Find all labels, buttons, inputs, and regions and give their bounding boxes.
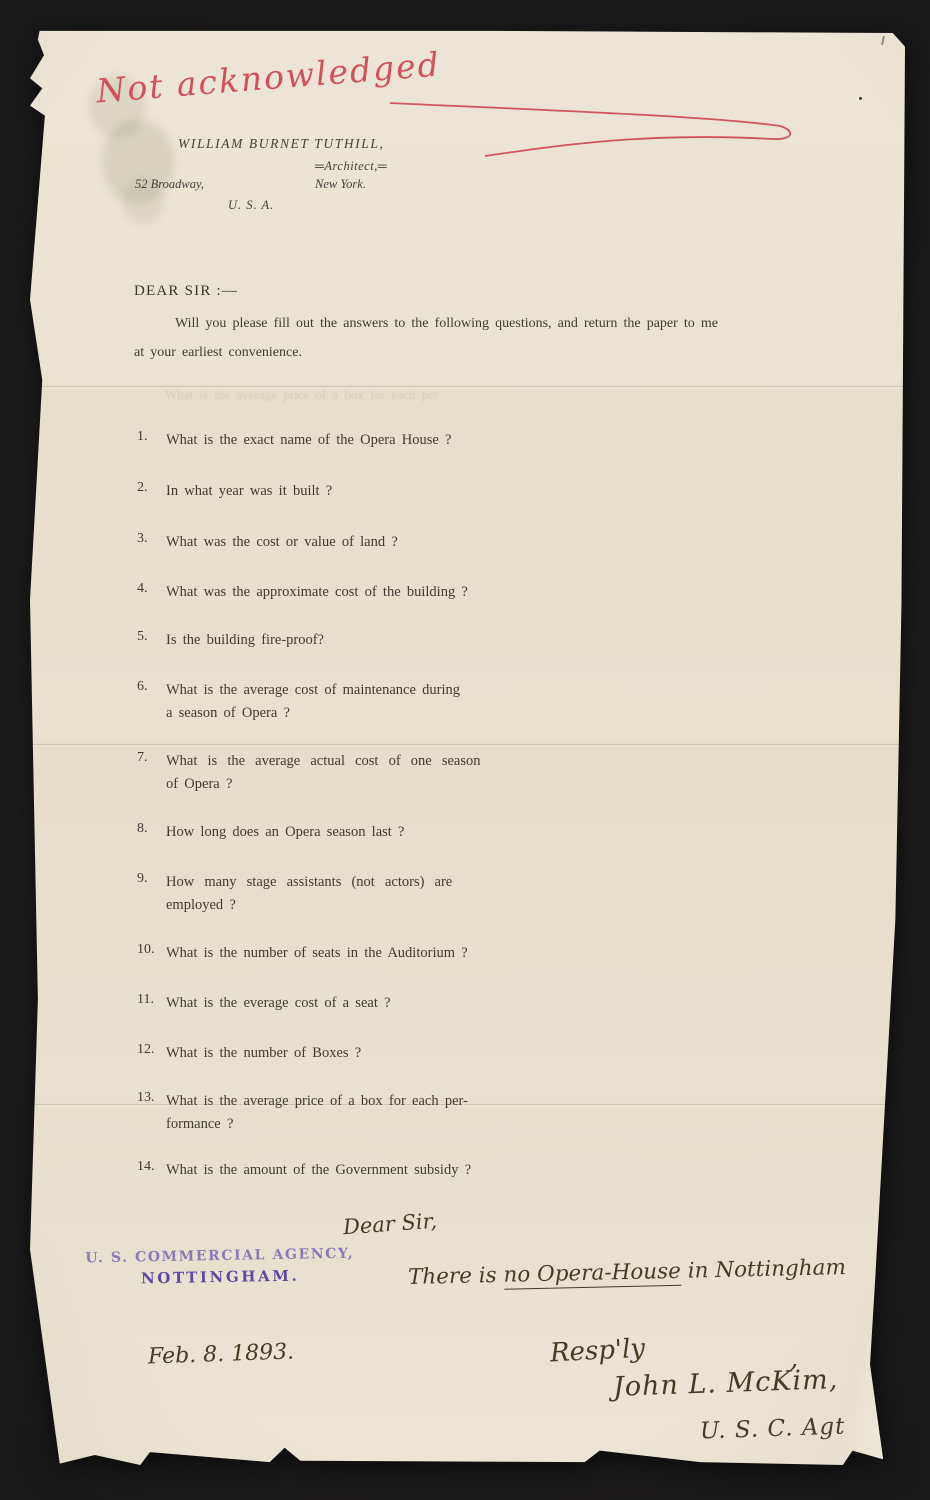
reply-salutation-handwriting: Dear Sir, — [342, 1209, 437, 1239]
letterhead-name: WILLIAM BURNET TUTHILL, — [178, 136, 384, 152]
question-number: 11. — [137, 992, 154, 1008]
office-stamp: U. S. COMMERCIAL AGENCY, NOTTINGHAM. — [85, 1246, 356, 1289]
question-number: 12. — [137, 1042, 155, 1058]
question-number: 1. — [137, 429, 148, 445]
letterhead-street: 52 Broadway, — [135, 177, 204, 192]
reply-text-pre: There is — [408, 1263, 504, 1290]
signature-handwriting: John L. McKim, — [613, 1364, 839, 1403]
question-text: How many stage assistants (not actors) a… — [166, 871, 526, 894]
letterhead-city: New York. — [315, 177, 366, 192]
red-annotation-handwriting: Not acknowledged — [95, 45, 442, 111]
question-number: 10. — [137, 942, 155, 958]
question-text: What is the number of seats in the Audit… — [166, 942, 526, 965]
reply-date-handwriting: Feb. 8. 1893. — [148, 1339, 295, 1369]
question-number: 3. — [137, 531, 148, 547]
letterhead-title: ═Architect,═ — [315, 159, 387, 174]
pen-tick-mark — [881, 36, 885, 45]
question-text: What is the average price of a box for e… — [166, 1090, 526, 1113]
intro-line-2: at your earliest convenience. — [134, 345, 302, 361]
question-number: 6. — [137, 679, 148, 695]
fold-line — [30, 386, 905, 387]
reply-closing-handwriting: Resp'ly — [549, 1334, 646, 1369]
showthrough-ghost-text: What is the average price of a box for e… — [165, 387, 438, 403]
stamp-agency-line: U. S. COMMERCIAL AGENCY, — [85, 1246, 355, 1267]
question-text: What was the cost or value of land ? — [166, 531, 526, 554]
question-number: 14. — [137, 1159, 155, 1175]
scan-background: Not acknowledged WILLIAM BURNET TUTHILL,… — [0, 0, 930, 1500]
paper-speck — [859, 97, 862, 100]
question-text: What is the amount of the Government sub… — [166, 1159, 526, 1182]
question-number: 7. — [137, 750, 148, 766]
reply-text-post: in Nottingham — [681, 1255, 846, 1284]
question-text: What is the number of Boxes ? — [166, 1042, 526, 1065]
fold-line — [30, 744, 905, 745]
question-number: 13. — [137, 1090, 155, 1106]
question-text: How long does an Opera season last ? — [166, 821, 526, 844]
question-number: 4. — [137, 581, 148, 597]
question-text: a season of Opera ? — [166, 702, 526, 725]
letter-paper-wrap: Not acknowledged WILLIAM BURNET TUTHILL,… — [0, 0, 930, 1500]
salutation: DEAR SIR :— — [134, 283, 238, 300]
question-text: What is the everage cost of a seat ? — [166, 992, 526, 1015]
question-text: What was the approximate cost of the bui… — [166, 581, 526, 604]
question-text: What is the average actual cost of one s… — [166, 750, 526, 773]
question-text: employed ? — [166, 894, 526, 917]
question-text: In what year was it built ? — [166, 480, 526, 503]
question-number: 2. — [137, 480, 148, 496]
corner-curl — [840, 1288, 915, 1465]
question-text: Is the building fire-proof? — [166, 629, 526, 652]
reply-text-underlined: no Opera-House — [503, 1259, 681, 1290]
reply-body-handwriting: There is no Opera-House in Nottingham — [408, 1255, 846, 1290]
question-text: What is the exact name of the Opera Hous… — [166, 429, 526, 452]
intro-line-1: Will you please fill out the answers to … — [175, 316, 718, 332]
question-text: What is the average cost of maintenance … — [166, 679, 526, 702]
letterhead-country: U. S. A. — [228, 198, 274, 213]
question-text: of Opera ? — [166, 773, 526, 796]
stamp-city-line: NOTTINGHAM. — [85, 1266, 355, 1289]
question-number: 8. — [137, 821, 148, 837]
question-number: 5. — [137, 629, 148, 645]
question-text: formance ? — [166, 1113, 526, 1136]
signer-title-handwriting: U. S. C. Agt — [700, 1413, 846, 1444]
question-number: 9. — [137, 871, 148, 887]
letter-paper: Not acknowledged WILLIAM BURNET TUTHILL,… — [30, 28, 905, 1465]
